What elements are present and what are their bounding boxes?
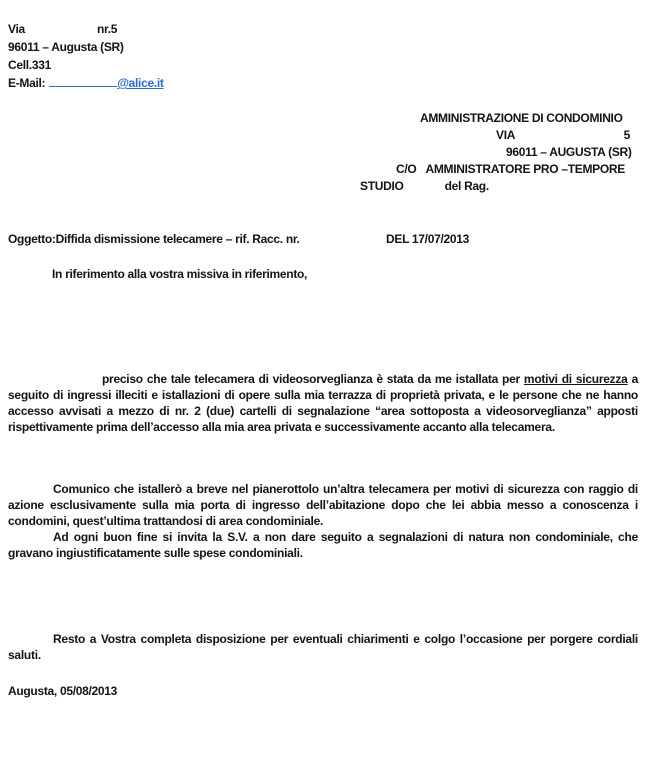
recipient-via: VIA 5 (360, 127, 640, 144)
intro-line: In riferimento alla vostra missiva in ri… (52, 267, 307, 281)
recipient-block: AMMINISTRAZIONE DI CONDOMINIO VIA 5 9601… (360, 110, 640, 195)
paragraph-4: Resto a Vostra completa disposizione per… (8, 631, 638, 663)
sender-block: Via nr.5 96011 – Augusta (SR) Cell.331 E… (8, 20, 164, 92)
email-redacted (49, 76, 117, 87)
recipient-line1: AMMINISTRAZIONE DI CONDOMINIO (360, 110, 640, 127)
underlined-phrase: motivi di sicurezza (524, 372, 628, 386)
sender-city: 96011 – Augusta (SR) (8, 38, 164, 56)
sender-phone: Cell.331 (8, 56, 164, 74)
sender-street: Via nr.5 (8, 20, 164, 38)
email-link[interactable]: @alice.it (117, 76, 163, 90)
recipient-co: C/O AMMINISTRATORE PRO –TEMPORE (360, 161, 640, 178)
subject-text: Oggetto:Diffida dismissione telecamere –… (8, 232, 300, 246)
paragraph-2: Comunico che istallerò a breve nel piane… (8, 481, 638, 529)
paragraph-3: Ad ogni buon fine si invita la S.V. a no… (8, 529, 638, 561)
place-date: Augusta, 05/08/2013 (8, 684, 117, 698)
paragraph-1: preciso che tale telecamera di videosorv… (8, 371, 638, 435)
recipient-studio: STUDIO del Rag. (360, 178, 640, 195)
sender-email: E-Mail:@alice.it (8, 74, 164, 92)
recipient-city: 96011 – AUGUSTA (SR) (360, 144, 640, 161)
subject-date: DEL 17/07/2013 (386, 232, 469, 246)
subject-line: Oggetto:Diffida dismissione telecamere –… (8, 232, 300, 246)
